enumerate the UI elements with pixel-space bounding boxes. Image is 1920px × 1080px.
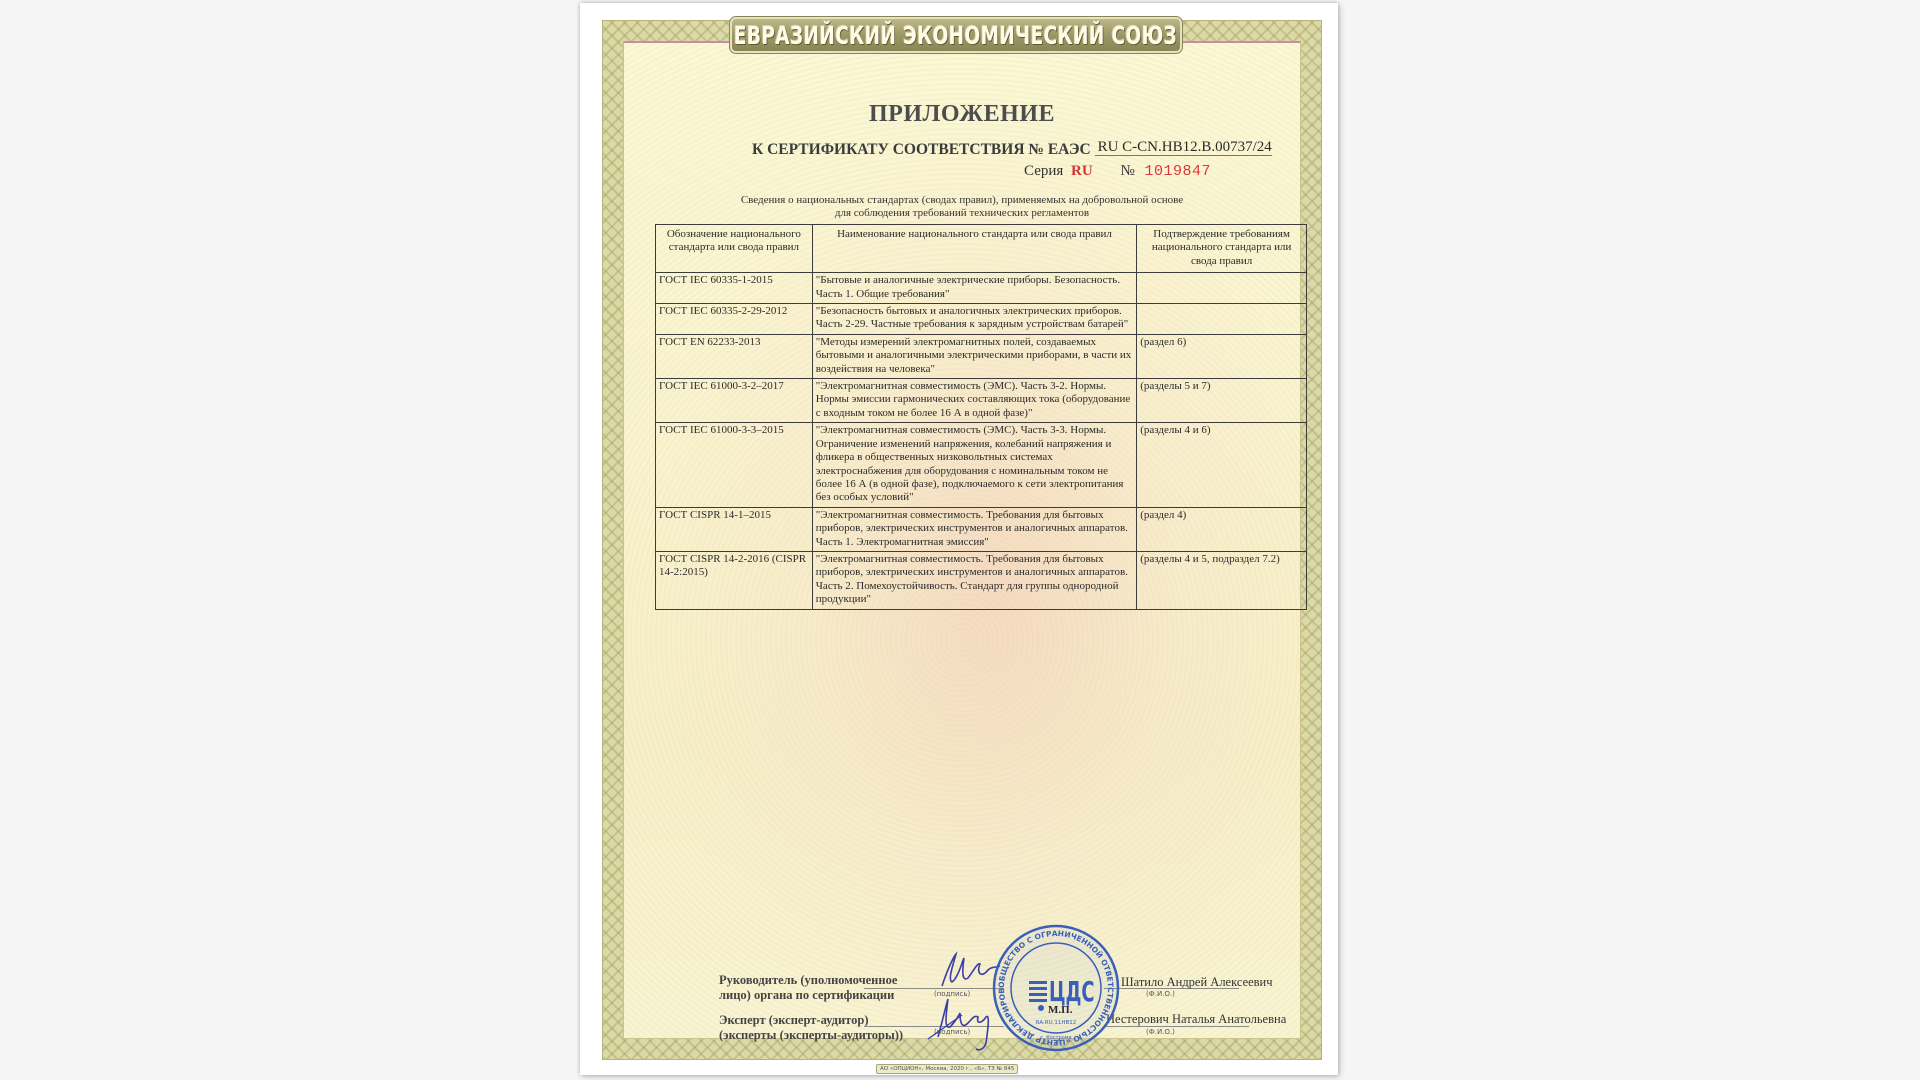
standard-confirmation: (разделы 4 и 5, подраздел 7.2) (1137, 551, 1307, 609)
table-row: ГОСТ CISPR 14-1–2015"Электромагнитная со… (656, 507, 1307, 551)
intro-text: Сведения о национальных стандартах (свод… (624, 194, 1300, 220)
document-title: ПРИЛОЖЕНИЕ (624, 101, 1300, 128)
standard-confirmation (1137, 304, 1307, 335)
table-body: ГОСТ IEC 60335-1-2015"Бытовые и аналогич… (656, 273, 1307, 609)
blank-series: Серия RU № 1019847 (1024, 163, 1211, 180)
series-label: Серия (1024, 163, 1063, 179)
intro-line-1: Сведения о национальных стандартах (свод… (624, 194, 1300, 207)
standard-code: ГОСТ CISPR 14-1–2015 (656, 507, 813, 551)
blank-number: 1019847 (1145, 163, 1212, 180)
blank-number-label: № (1120, 163, 1134, 179)
standard-confirmation: (раздел 4) (1137, 507, 1307, 551)
standard-code: ГОСТ EN 62233-2013 (656, 334, 813, 378)
head-name: Шатило Андрей Алексеевич (1121, 975, 1273, 990)
standard-confirmation: (разделы 5 и 7) (1137, 379, 1307, 423)
standard-name: "Безопасность бытовых и аналогичных элек… (812, 304, 1136, 335)
table-row: ГОСТ IEC 61000-3-3–2015"Электромагнитная… (656, 423, 1307, 507)
header-designation: Обозначение национального стандарта или … (656, 225, 813, 273)
standard-code: ГОСТ CISPR 14-2-2016 (CISPR 14-2:2015) (656, 551, 813, 609)
standard-name: "Бытовые и аналогичные электрические при… (812, 273, 1136, 304)
standard-code: ГОСТ IEC 61000-3-2–2017 (656, 379, 813, 423)
standard-name: "Методы измерений электромагнитных полей… (812, 334, 1136, 378)
standard-name: "Электромагнитная совместимость. Требова… (812, 507, 1136, 551)
header-name: Наименование национального стандарта или… (812, 225, 1136, 273)
standard-code: ГОСТ IEC 60335-1-2015 (656, 273, 813, 304)
head-fio-caption: (Ф.И.О.) (1146, 990, 1175, 998)
header-confirmation: Подтверждение требованиям национального … (1137, 225, 1307, 273)
standard-code: ГОСТ IEC 60335-2-29-2012 (656, 304, 813, 335)
standard-code: ГОСТ IEC 61000-3-3–2015 (656, 423, 813, 507)
head-label-line-1: Руководитель (уполномоченное (719, 973, 903, 988)
standard-confirmation: (разделы 4 и 6) (1137, 423, 1307, 507)
certificate-label: К СЕРТИФИКАТУ СООТВЕТСТВИЯ № ЕАЭС (752, 141, 1091, 158)
stamp-accreditation: RA.RU.11НВ12 (1036, 1020, 1077, 1026)
standards-table: Обозначение национального стандарта или … (655, 224, 1307, 610)
expert-name: Нестерович Наталья Анатольевна (1106, 1012, 1286, 1027)
certificate-reference: К СЕРТИФИКАТУ СООТВЕТСТВИЯ № ЕАЭС RU C-C… (752, 139, 1272, 159)
standard-confirmation (1137, 273, 1307, 304)
table-header-row: Обозначение национального стандарта или … (656, 225, 1307, 273)
official-stamp: ОБЩЕСТВО С ОГРАНИЧЕННОЙ ОТВЕТСТВЕННОСТЬЮ… (991, 923, 1121, 1053)
eaeu-banner-text: ЕВРАЗИЙСКИЙ ЭКОНОМИЧЕСКИЙ СОЮЗ (734, 21, 1177, 50)
table-row: ГОСТ IEC 60335-2-29-2012"Безопасность бы… (656, 304, 1307, 335)
expert-label-line-2: (эксперты (эксперты-аудиторы)) (719, 1028, 903, 1043)
signature-labels: Руководитель (уполномоченное лицо) орган… (719, 973, 903, 1043)
table-row: ГОСТ EN 62233-2013"Методы измерений элек… (656, 334, 1307, 378)
standard-name: "Электромагнитная совместимость. Требова… (812, 551, 1136, 609)
expert-fio-caption: (Ф.И.О.) (1146, 1028, 1175, 1036)
table-row: ГОСТ IEC 60335-1-2015"Бытовые и аналогич… (656, 273, 1307, 304)
seal-place-label: М.П. (1048, 1004, 1073, 1016)
certificate-number: RU C-CN.НВ12.В.00737/24 (1095, 139, 1272, 156)
eaeu-banner: ЕВРАЗИЙСКИЙ ЭКОНОМИЧЕСКИЙ СОЮЗ (730, 17, 1182, 53)
intro-line-2: для соблюдения требований технических ре… (624, 207, 1300, 220)
table-row: ГОСТ IEC 61000-3-2–2017"Электромагнитная… (656, 379, 1307, 423)
guilloche-border: ПРИЛОЖЕНИЕ К СЕРТИФИКАТУ СООТВЕТСТВИЯ № … (602, 20, 1322, 1060)
standard-name: "Электромагнитная совместимость (ЭМС). Ч… (812, 423, 1136, 507)
standard-confirmation: (раздел 6) (1137, 334, 1307, 378)
printer-note: АО «ОПЦИОН», Москва, 2020 г., «Б», ТЗ № … (876, 1064, 1018, 1074)
series-code: RU (1071, 163, 1093, 179)
certificate-page: ПРИЛОЖЕНИЕ К СЕРТИФИКАТУ СООТВЕТСТВИЯ № … (580, 3, 1338, 1075)
head-label-line-2: лицо) органа по сертификации (719, 988, 903, 1003)
certificate-sheet: ПРИЛОЖЕНИЕ К СЕРТИФИКАТУ СООТВЕТСТВИЯ № … (623, 41, 1301, 1039)
standard-name: "Электромагнитная совместимость (ЭМС). Ч… (812, 379, 1136, 423)
table-row: ГОСТ CISPR 14-2-2016 (CISPR 14-2:2015)"Э… (656, 551, 1307, 609)
stamp-city: г. Кострома (1040, 1035, 1071, 1041)
